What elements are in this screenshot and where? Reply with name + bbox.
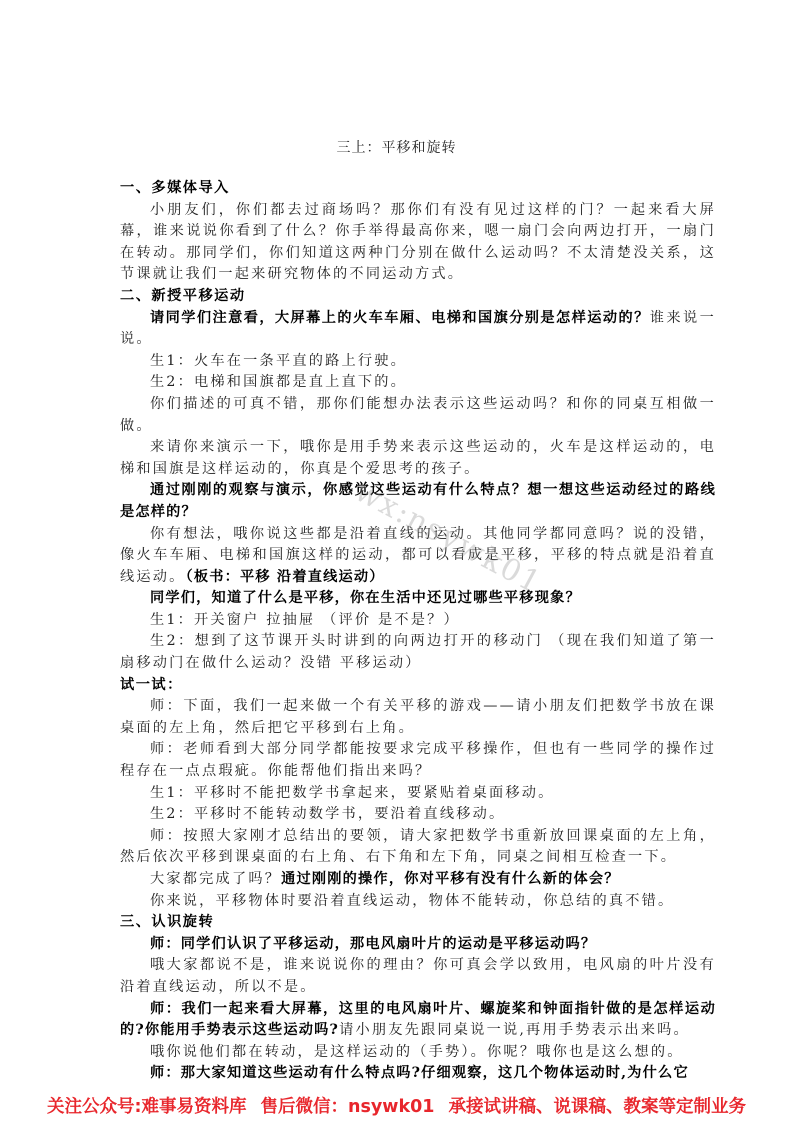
paragraph-text: 请小朋友先跟同桌说一说,再用手势表示出来吗。: [339, 1022, 690, 1038]
paragraph: 生1：火车在一条平直的路上行驶。: [120, 351, 716, 373]
paragraph: 生1：开关窗户 拉抽屉 （评价 是不是？）: [120, 610, 716, 632]
paragraph: 你来说，平移物体时要沿着直线运动，物体不能转动，你总结的真不错。: [120, 891, 716, 913]
section-heading: 试一试：: [120, 675, 716, 697]
paragraph: 哦你说他们都在转动，是这样运动的（手势）。你呢？哦你也是这么想的。: [120, 1042, 716, 1064]
section-heading: 一、多媒体导入: [120, 178, 716, 200]
document-body: 一、多媒体导入 小朋友们，你们都去过商场吗？那你们有没有见过这样的门？一起来看大…: [120, 178, 716, 1085]
document-page: 三上：平移和旋转 一、多媒体导入 小朋友们，你们都去过商场吗？那你们有没有见过这…: [0, 0, 793, 1122]
paragraph: 师：下面，我们一起来做一个有关平移的游戏——请小朋友们把数学书放在课桌面的左上角…: [120, 696, 716, 739]
section-heading: 二、新授平移运动: [120, 286, 716, 308]
document-title: 三上：平移和旋转: [0, 137, 793, 157]
paragraph: 生2：电梯和国旗都是直上直下的。: [120, 372, 716, 394]
paragraph: 你有想法，哦你说这些都是沿着直线的运动。其他同学都同意吗？说的没错，像火车车厢、…: [120, 524, 716, 589]
paragraph-text: 大家都完成了吗？: [150, 871, 281, 887]
paragraph: 哦大家都说不是，谁来说说你的理由？你可真会学以致用，电风扇的叶片没有沿着直线运动…: [120, 955, 716, 998]
footer-wechat-account: 关注公众号:难事易资料库: [47, 1097, 247, 1117]
paragraph: 大家都完成了吗？通过刚刚的操作，你对平移有没有什么新的体会？: [120, 869, 716, 891]
paragraph: 师：按照大家刚才总结出的要领，请大家把数学书重新放回课桌面的左上角，然后依次平移…: [120, 826, 716, 869]
section-heading: 三、认识旋转: [120, 912, 716, 934]
bold-question: 通过刚刚的观察与演示，你感觉这些运动有什么特点？想一想这些运动经过的路线是怎样的…: [120, 480, 716, 523]
paragraph: 生2：想到了这节课开头时讲到的向两边打开的移动门 （现在我们知道了第一扇移动门在…: [120, 631, 716, 674]
paragraph: 小朋友们，你们都去过商场吗？那你们有没有见过这样的门？一起来看大屏幕，谁来说说你…: [120, 200, 716, 286]
paragraph: 师：老师看到大部分同学都能按要求完成平移操作，但也有一些同学的操作过程存在一点点…: [120, 739, 716, 782]
footer-support-wechat: 售后微信：nsywk01: [261, 1097, 435, 1117]
paragraph: 请同学们注意看，大屏幕上的火车车厢、电梯和国旗分别是怎样运动的？谁来说一说。: [120, 308, 716, 351]
bold-question: 师：同学们认识了平移运动，那电风扇叶片的运动是平移运动吗？: [120, 934, 716, 956]
bold-question: 师：那大家知道这些运动有什么特点吗?仔细观察，这几个物体运动时,为什么它: [120, 1063, 716, 1085]
paragraph: 生2：平移时不能转动数学书，要沿着直线移动。: [120, 804, 716, 826]
paragraph: 师：我们一起来看大屏幕，这里的电风扇叶片、螺旋桨和钟面指针做的是怎样运动的?你能…: [120, 999, 716, 1042]
paragraph: 你们描述的可真不错，那你们能想办法表示这些运动吗？和你的同桌互相做一做。: [120, 394, 716, 437]
bold-question: 通过刚刚的操作，你对平移有没有什么新的体会？: [281, 871, 620, 887]
paragraph: 生1：平移时不能把数学书拿起来，要紧贴着桌面移动。: [120, 783, 716, 805]
bold-question: 请同学们注意看，大屏幕上的火车车厢、电梯和国旗分别是怎样运动的？: [150, 310, 650, 326]
bold-question: 同学们，知道了什么是平移，你在生活中还见过哪些平移现象？: [120, 588, 716, 610]
footer-services: 承接试讲稿、说课稿、教案等定制业务: [448, 1097, 746, 1117]
footer-banner: 关注公众号:难事易资料库售后微信：nsywk01承接试讲稿、说课稿、教案等定制业…: [0, 1093, 793, 1118]
board-note: （板书：平移 沿着直线运动）: [186, 569, 385, 585]
paragraph: 来请你来演示一下，哦你是用手势来表示这些运动的，火车是这样运动的，电梯和国旗是这…: [120, 437, 716, 480]
